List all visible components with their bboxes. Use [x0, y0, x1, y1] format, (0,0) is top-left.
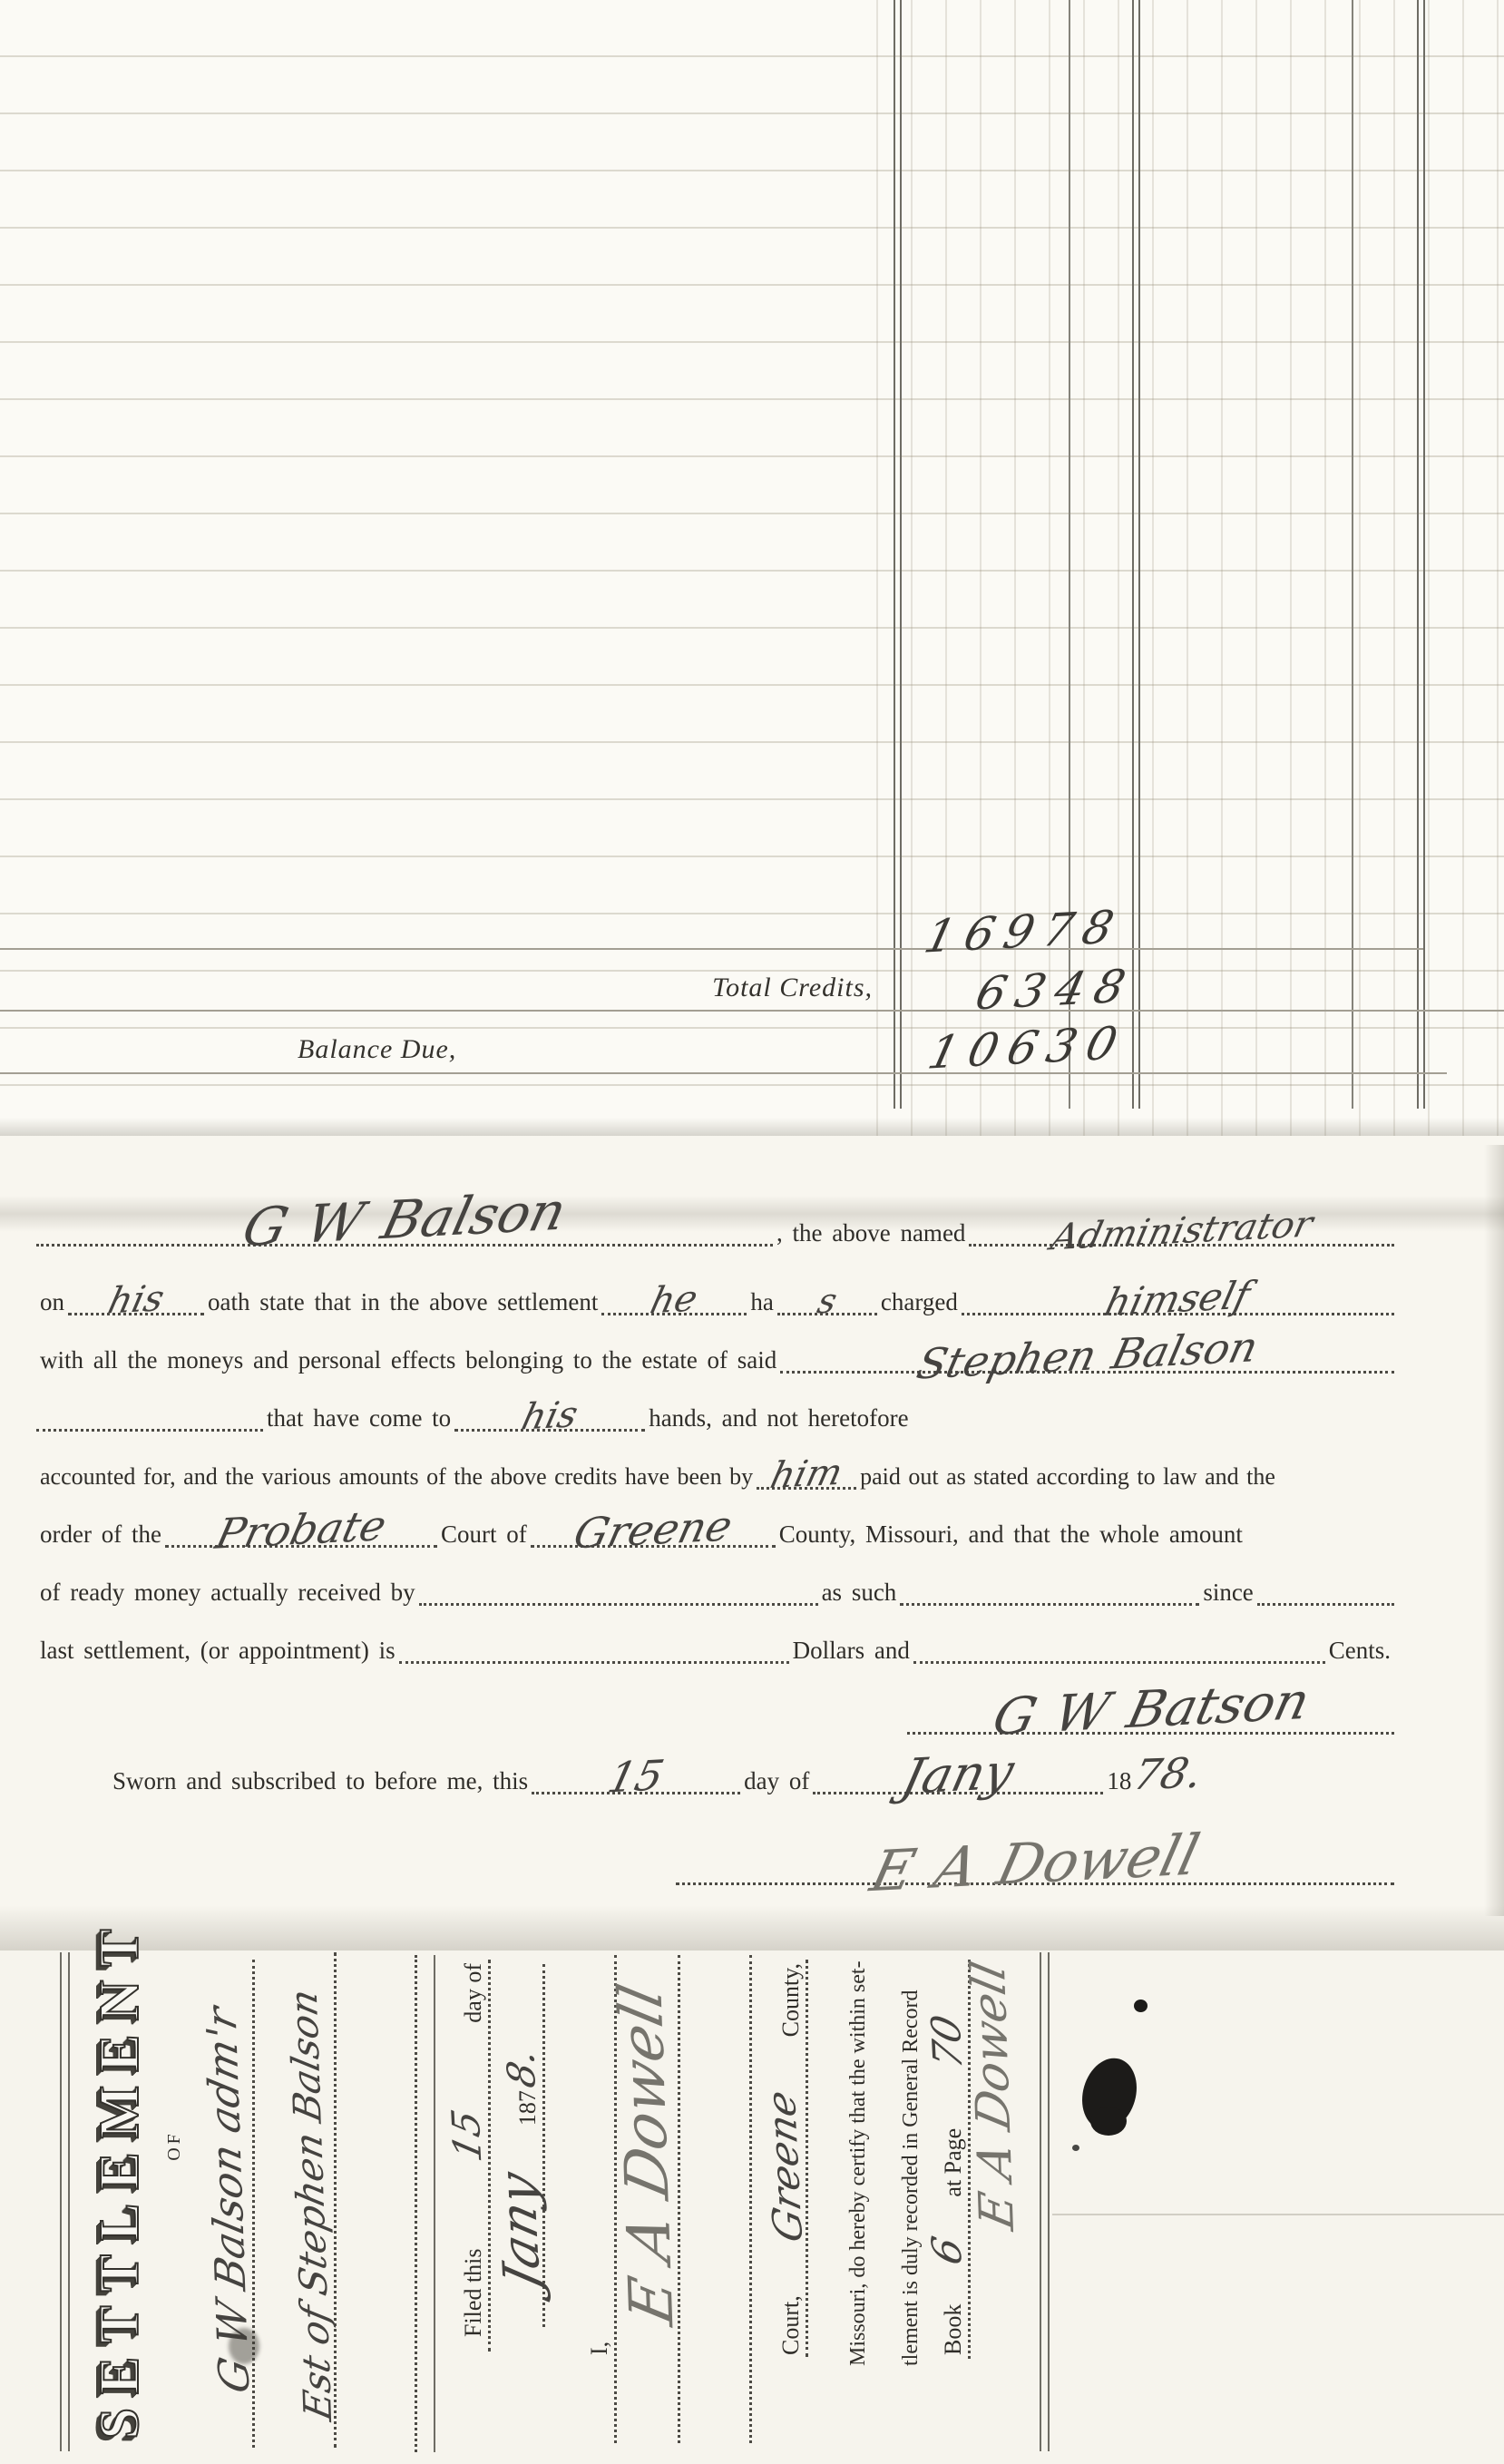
docket-of-label: OF — [156, 2114, 183, 2177]
affidavit-line-1: G W Balson , the above named Administrat… — [36, 1190, 1394, 1247]
affidavit-line-8: last settlement, (or appointment) is Dol… — [36, 1624, 1394, 1664]
docket-dotted-line — [749, 1955, 752, 2443]
spacer — [535, 1951, 541, 2050]
ledger-column-line — [1423, 0, 1425, 1109]
printed-hands: hands, and not heretofore — [645, 1406, 912, 1432]
total-credits-amount: 6348 — [971, 960, 1140, 1021]
faint-fold-line — [1052, 2214, 1504, 2215]
hw-county: Greene — [570, 1505, 736, 1555]
ledger-rule — [0, 948, 1423, 950]
affidavit-line-6: order of the Probate Court of Greene Cou… — [36, 1508, 1394, 1548]
printed-court-of: Court of — [437, 1522, 531, 1548]
page-edge-shadow — [0, 1118, 1504, 1136]
ink-smudge — [229, 2328, 259, 2364]
printed-filed-this: Filed this — [462, 2244, 486, 2341]
affidavit-line-5: accounted for, and the various amounts o… — [36, 1450, 1460, 1490]
printed-with-all: with all the moneys and personal effects… — [36, 1348, 780, 1374]
docket-divider-line — [434, 1955, 435, 2452]
printed-that-have: that have come to — [263, 1406, 454, 1432]
blank-line — [419, 1598, 818, 1606]
blank-line — [913, 1656, 1325, 1664]
printed-sworn: Sworn and subscribed to before me, this — [109, 1769, 532, 1794]
scanned-settlement-document: Total Credits, Balance Due, 16978 6348 1… — [0, 0, 1504, 2464]
signature-clerk: E A Dowell — [865, 1827, 1204, 1900]
printed-above-named: , the above named — [773, 1221, 969, 1247]
affidavit-line-7: of ready money actually received by as s… — [36, 1566, 1394, 1606]
printed-last-settlement: last settlement, (or appointment) is — [36, 1638, 399, 1664]
blank-line — [399, 1656, 789, 1664]
ledger-faint-grid — [844, 0, 1504, 1136]
ink-blot-dot — [1134, 2000, 1148, 2012]
ledger-column-line — [900, 0, 902, 1109]
docket-judge-signature: E A Dowell — [588, 1941, 706, 2368]
hw-month: Jany — [898, 1747, 1019, 1802]
estate-name-line: Stephen Balson — [780, 1365, 1394, 1374]
printed-oath: oath state that in the above settlement — [204, 1290, 601, 1315]
docket-court-row: Court, Greene County, — [755, 1960, 804, 2359]
printed-ready-money: of ready money actually received by — [36, 1580, 419, 1606]
filed-month-space: Jany — [535, 2129, 541, 2332]
printed-court-label: Court, — [779, 2292, 804, 2359]
paper-edge-shade — [1484, 1145, 1504, 1916]
hw-filed-year: 8. — [502, 2046, 541, 2090]
day-num-line: 15 — [532, 1786, 740, 1794]
hw-year: 78. — [1130, 1752, 1206, 1796]
printed-accounted: accounted for, and the various amounts o… — [36, 1465, 757, 1490]
signature-line: G W Balson — [36, 1238, 773, 1247]
printed-filed-year: 187 — [516, 2087, 541, 2129]
hw-probate: Probate — [212, 1504, 390, 1555]
him-line: him — [757, 1481, 856, 1490]
ledger-column-line — [1132, 0, 1134, 1109]
hw-judge-sig: E A Dowell — [611, 1980, 683, 2329]
county-name-line: Greene — [531, 1540, 776, 1548]
ink-blot-large-tail — [1090, 2107, 1127, 2136]
docket-frame-line — [68, 1952, 70, 2451]
clerk-signature-row: E A Dowell — [676, 1809, 1394, 1885]
paper-fold-shadow — [0, 1905, 1504, 1952]
printed-day-of: day of — [740, 1769, 813, 1794]
his2-line: his — [454, 1423, 645, 1432]
docket-frame-line — [60, 1952, 62, 2451]
docket-certify-line1: Missouri, do hereby certify that the wit… — [831, 1952, 869, 2366]
printed-ha: ha — [747, 1290, 776, 1315]
printed-as-such: as such — [818, 1580, 901, 1606]
printed-charged: charged — [877, 1290, 962, 1315]
month-line: Jany — [813, 1786, 1103, 1794]
printed-paid-out: paid out as stated according to law and … — [856, 1465, 1279, 1490]
s-line: s — [777, 1307, 877, 1315]
hw-docket-clerk-sig: E A Dowell — [965, 1958, 1021, 2234]
hw-him: him — [767, 1454, 846, 1494]
affiant-signature-row: G W Batson — [907, 1667, 1394, 1735]
signature-gw-balson: G W Balson — [239, 1185, 571, 1254]
docket-frame-line — [1048, 1952, 1050, 2451]
docket-title: SETTLEMENT — [84, 1941, 148, 2413]
printed-dollars-and: Dollars and — [789, 1638, 913, 1664]
docket-estate-row: Est of Stephen Balson — [279, 1964, 330, 2445]
sworn-line: Sworn and subscribed to before me, this … — [109, 1744, 1279, 1794]
hw-himself: himself — [1102, 1276, 1255, 1322]
docket-filed-year-row: Jany 187 8. — [492, 1951, 541, 2332]
hw-day-num: 15 — [604, 1754, 668, 1798]
printed-filed-day-of: day of — [462, 1960, 486, 2027]
court-county-space: Greene — [798, 2040, 804, 2292]
clerk-signature-line: E A Dowell — [676, 1877, 1394, 1885]
printed-cents: Cents. — [1325, 1638, 1394, 1664]
ink-speck — [1072, 2145, 1079, 2151]
docket-dotted-line — [415, 1955, 417, 2452]
himself-line: himself — [962, 1307, 1394, 1315]
affidavit-line-2: on his oath state that in the above sett… — [36, 1276, 1394, 1315]
his-line: his — [68, 1307, 204, 1315]
blank-line — [900, 1598, 1199, 1606]
total-credits-label: Total Credits, — [635, 973, 873, 1003]
printed-book-label: Book — [942, 2301, 966, 2359]
credits-subtotal-amount: 16978 — [920, 900, 1129, 963]
ledger-column-line — [1352, 0, 1353, 1109]
probate-line: Probate — [165, 1540, 437, 1548]
blank-line — [1257, 1598, 1394, 1606]
ledger-column-line — [894, 0, 895, 1109]
affidavit-line-4: that have come to his hands, and not her… — [36, 1392, 1394, 1432]
hw-court-county: Greene — [762, 2087, 809, 2245]
ledger-rule — [0, 1072, 1447, 1074]
hw-docket-estate: Est of Stephen Balson — [285, 1986, 337, 2423]
docket-certify-line2: tlement is duly recorded in General Reco… — [884, 1952, 922, 2366]
filed-day-space: 15 — [481, 2027, 486, 2245]
affidavit-line-3: with all the moneys and personal effects… — [36, 1334, 1394, 1374]
printed-county-mo: County, Missouri, and that the whole amo… — [776, 1522, 1246, 1548]
printed-on: on — [36, 1290, 68, 1315]
hw-s: s — [815, 1284, 841, 1319]
balance-due-label: Balance Due, — [298, 1034, 456, 1065]
docket-filed-row: Filed this 15 day of — [441, 1960, 486, 2341]
docket-clerk-signature: E A Dowell — [943, 1951, 1043, 2241]
administrator-line: Administrator — [969, 1238, 1394, 1247]
signature-gw-batson: G W Batson — [988, 1677, 1314, 1744]
balance-due-amount: 10630 — [923, 1016, 1133, 1079]
printed-since: since — [1199, 1580, 1256, 1606]
hw-his2: his — [519, 1396, 581, 1435]
hw-he: he — [648, 1281, 701, 1320]
hw-his: his — [104, 1280, 167, 1319]
ledger-column-line — [1138, 0, 1140, 1109]
he-line: he — [601, 1307, 747, 1315]
blank-line — [36, 1423, 263, 1432]
ledger-rule — [0, 1010, 1504, 1012]
ledger-column-line — [1417, 0, 1419, 1109]
hw-filed-day: 15 — [447, 2107, 488, 2165]
hw-filed-month: Jany — [493, 2167, 549, 2293]
printed-county-label: County, — [779, 1960, 804, 2040]
printed-order-of: order of the — [36, 1522, 165, 1548]
affiant-signature-line: G W Batson — [907, 1726, 1394, 1735]
